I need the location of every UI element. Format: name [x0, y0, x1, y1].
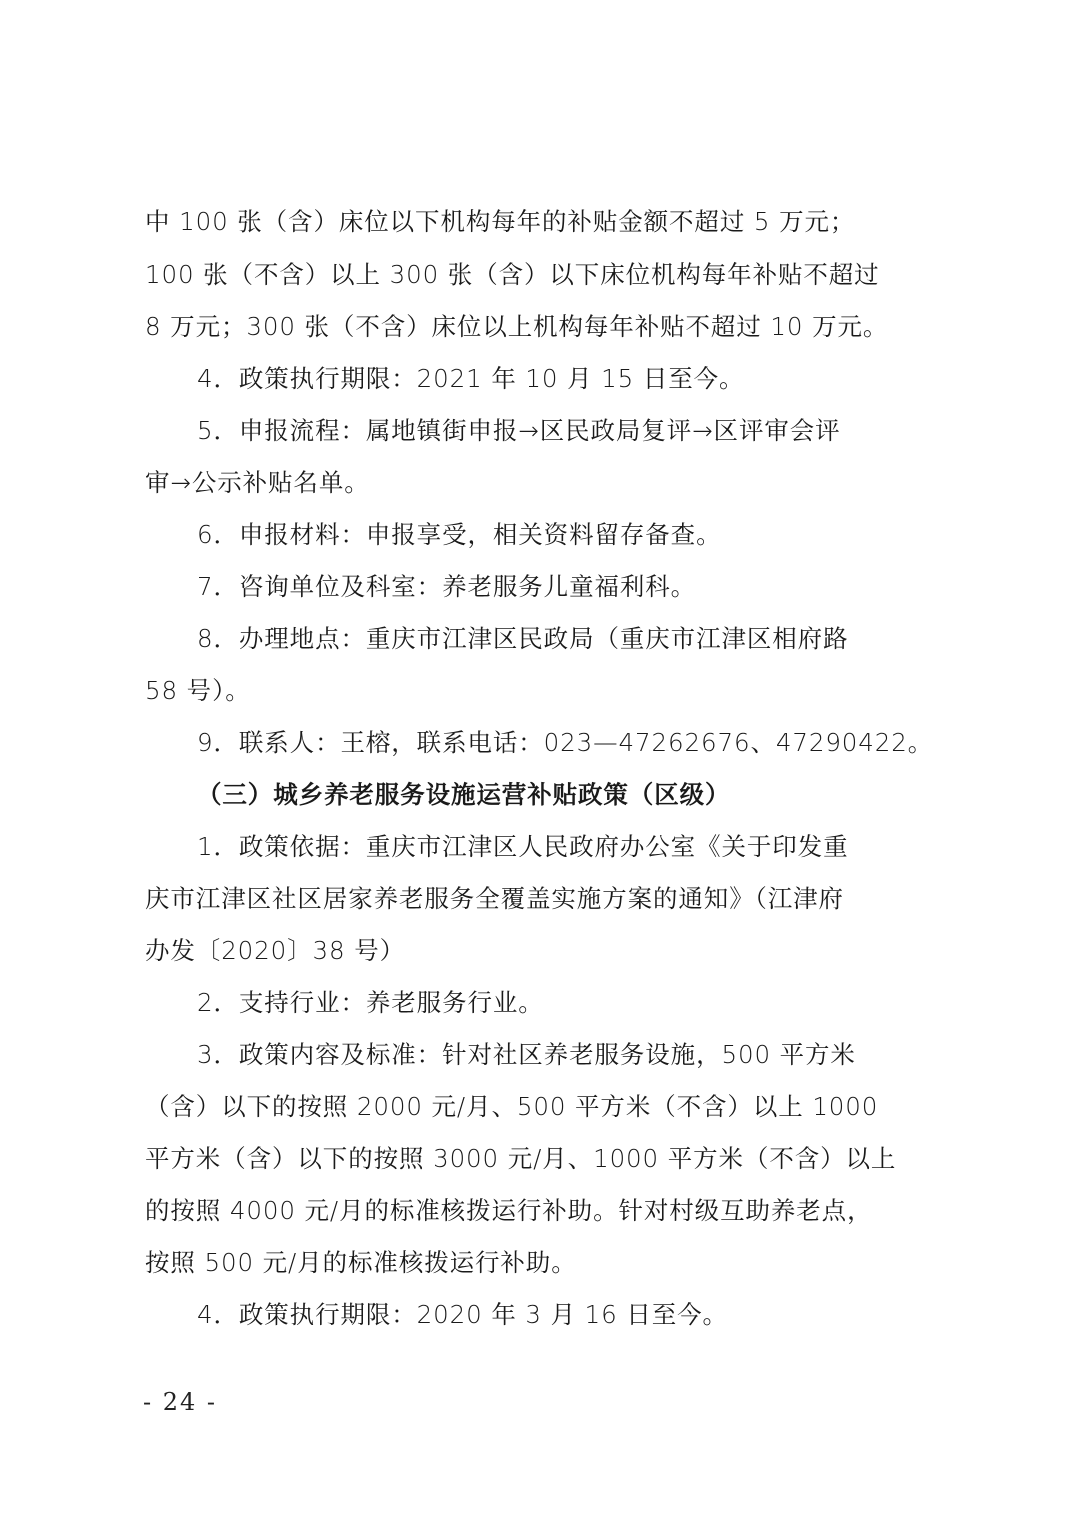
text-line: （含）以下的按照 2000 元/月、500 平方米（不含）以上 1000 — [145, 1092, 945, 1122]
text-line: 4．政策执行期限：2020 年 3 月 16 日至今。 — [197, 1300, 997, 1330]
section-heading: （三）城乡养老服务设施运营补贴政策（区级） — [197, 780, 997, 810]
page-number: - 24 - — [143, 1388, 217, 1416]
text-line: 庆市江津区社区居家养老服务全覆盖实施方案的通知》（江津府 — [145, 884, 945, 914]
text-line: 1．政策依据：重庆市江津区人民政府办公室《关于印发重 — [197, 832, 997, 862]
text-line: 平方米（含）以下的按照 3000 元/月、1000 平方米（不含）以上 — [145, 1144, 945, 1174]
text-line: 58 号）。 — [145, 676, 945, 706]
text-line: 按照 500 元/月的标准核拨运行补助。 — [145, 1248, 945, 1278]
text-line: 5．申报流程：属地镇街申报→区民政局复评→区评审会评 — [197, 416, 997, 446]
text-line: 4．政策执行期限：2021 年 10 月 15 日至今。 — [197, 364, 997, 394]
text-line: 2．支持行业：养老服务行业。 — [197, 988, 997, 1018]
text-line: 3．政策内容及标准：针对社区养老服务设施，500 平方米 — [197, 1040, 997, 1070]
text-line: 6．申报材料：申报享受，相关资料留存备查。 — [197, 520, 997, 550]
text-line: 8 万元；300 张（不含）床位以上机构每年补贴不超过 10 万元。 — [145, 312, 945, 342]
text-line: 审→公示补贴名单。 — [145, 468, 945, 498]
text-line: 9．联系人：王榕，联系电话：023—47262676、47290422。 — [197, 728, 997, 758]
text-line: 办发〔2020〕38 号） — [145, 936, 945, 966]
document-page: 中 100 张（含）床位以下机构每年的补贴金额不超过 5 万元； 100 张（不… — [0, 0, 1074, 1520]
text-line: 7．咨询单位及科室：养老服务儿童福利科。 — [197, 572, 997, 602]
text-line: 的按照 4000 元/月的标准核拨运行补助。针对村级互助养老点， — [145, 1196, 945, 1226]
text-line: 100 张（不含）以上 300 张（含）以下床位机构每年补贴不超过 — [145, 260, 945, 290]
text-line: 8．办理地点：重庆市江津区民政局（重庆市江津区相府路 — [197, 624, 997, 654]
text-line: 中 100 张（含）床位以下机构每年的补贴金额不超过 5 万元； — [145, 207, 945, 237]
